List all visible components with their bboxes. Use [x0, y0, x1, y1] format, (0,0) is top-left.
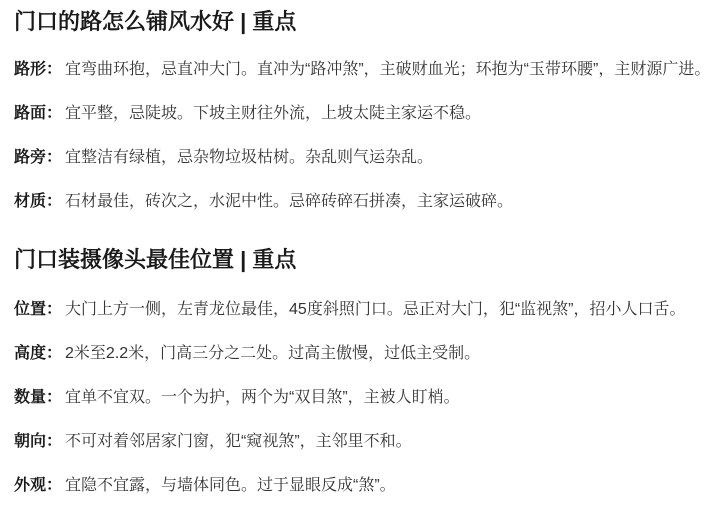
item-label: 数量： — [14, 389, 62, 406]
item-label: 路旁： — [14, 149, 62, 166]
section-camera-position: 门口装摄像头最佳位置 | 重点 位置：大门上方一侧，左青龙位最佳，45度斜照门口… — [14, 246, 714, 498]
item-text: 大门上方一侧，左青龙位最佳，45度斜照门口。忌正对大门，犯“监视煞”，招小人口舌… — [65, 301, 685, 318]
list-item-road-side: 路旁：宜整洁有绿植，忌杂物垃圾枯树。杂乱则气运杂乱。 — [14, 146, 714, 170]
item-label: 路面： — [14, 105, 62, 122]
item-label: 路形： — [14, 61, 62, 78]
item-text: 不可对着邻居家门窗，犯“窥视煞”，主邻里不和。 — [65, 433, 412, 450]
item-text: 宜弯曲环抱，忌直冲大门。直冲为“路冲煞”，主破财血光；环抱为“玉带环腰”，主财源… — [65, 61, 710, 78]
list-item-road-shape: 路形：宜弯曲环抱，忌直冲大门。直冲为“路冲煞”，主破财血光；环抱为“玉带环腰”，… — [14, 58, 714, 82]
item-text: 宜整洁有绿植，忌杂物垃圾枯树。杂乱则气运杂乱。 — [65, 149, 433, 166]
item-text: 2米至2.2米，门高三分之二处。过高主傲慢，过低主受制。 — [65, 345, 480, 362]
list-item-road-material: 材质：石材最佳，砖次之，水泥中性。忌碎砖碎石拼凑，主家运破碎。 — [14, 190, 714, 214]
list-item-camera-appearance: 外观：宜隐不宜露，与墙体同色。过于显眼反成“煞”。 — [14, 474, 714, 498]
item-text: 宜平整，忌陡坡。下坡主财往外流，上坡太陡主家运不稳。 — [65, 105, 481, 122]
section-road-fengshui: 门口的路怎么铺风水好 | 重点 路形：宜弯曲环抱，忌直冲大门。直冲为“路冲煞”，… — [14, 8, 714, 214]
item-text: 宜单不宜双。一个为护，两个为“双目煞”，主被人盯梢。 — [65, 389, 460, 406]
item-label: 材质： — [14, 193, 62, 210]
item-label: 高度： — [14, 345, 62, 362]
list-item-road-surface: 路面：宜平整，忌陡坡。下坡主财往外流，上坡太陡主家运不稳。 — [14, 102, 714, 126]
item-text: 宜隐不宜露，与墙体同色。过于显眼反成“煞”。 — [65, 477, 396, 494]
item-label: 外观： — [14, 477, 62, 494]
document-page: 门口的路怎么铺风水好 | 重点 路形：宜弯曲环抱，忌直冲大门。直冲为“路冲煞”，… — [0, 8, 714, 498]
list-item-camera-position: 位置：大门上方一侧，左青龙位最佳，45度斜照门口。忌正对大门，犯“监视煞”，招小… — [14, 298, 714, 322]
list-item-camera-quantity: 数量：宜单不宜双。一个为护，两个为“双目煞”，主被人盯梢。 — [14, 386, 714, 410]
item-text: 石材最佳，砖次之，水泥中性。忌碎砖碎石拼凑，主家运破碎。 — [65, 193, 513, 210]
item-label: 位置： — [14, 301, 62, 318]
item-label: 朝向： — [14, 433, 62, 450]
list-item-camera-direction: 朝向：不可对着邻居家门窗，犯“窥视煞”，主邻里不和。 — [14, 430, 714, 454]
section-title-camera: 门口装摄像头最佳位置 | 重点 — [14, 246, 714, 274]
section-title-road: 门口的路怎么铺风水好 | 重点 — [14, 8, 714, 36]
list-item-camera-height: 高度：2米至2.2米，门高三分之二处。过高主傲慢，过低主受制。 — [14, 342, 714, 366]
